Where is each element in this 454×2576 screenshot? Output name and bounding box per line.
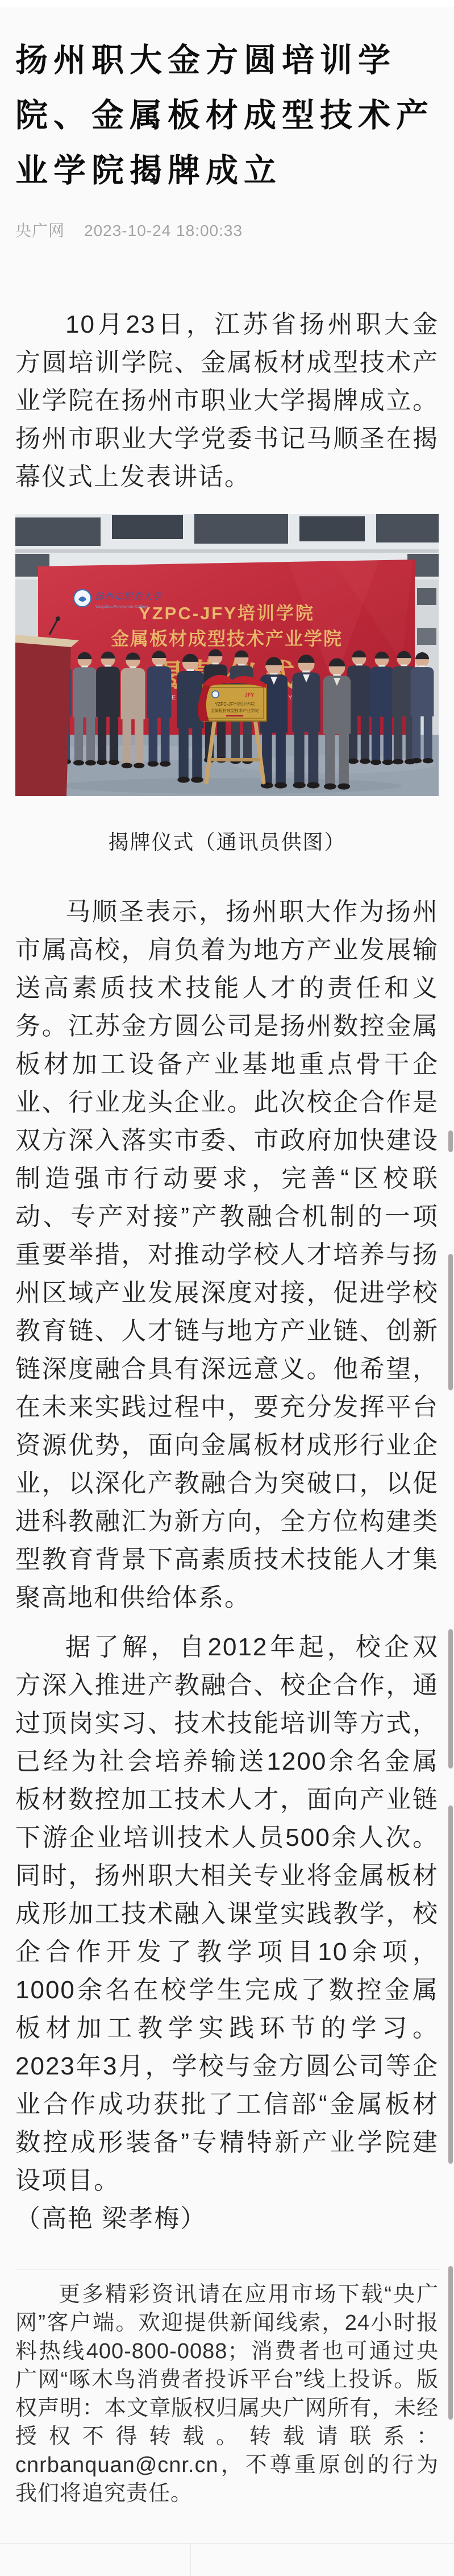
- photo-caption: 揭牌仪式（通讯员供图）: [15, 828, 439, 856]
- article-content: 扬州职大金方圆培训学院、金属板材成型技术产业学院揭牌成立 央广网 2023-10…: [0, 0, 454, 2508]
- article-meta: 央广网 2023-10-24 18:00:33: [15, 219, 439, 243]
- scrollbar-thumb[interactable]: [448, 2266, 453, 2420]
- plaque-line1: YZPC-JFY培训学院: [215, 701, 255, 707]
- news-article-page: { "page": { "bg": "#fafafa", "scrollbar_…: [0, 0, 454, 2576]
- scrollbar-thumb[interactable]: [448, 1254, 453, 1390]
- scrollbar-thumb[interactable]: [448, 1629, 453, 1769]
- bottom-bar-divider: [190, 2544, 191, 2576]
- page-title: 扬州职大金方圆培训学院、金属板材成型技术产业学院揭牌成立: [15, 33, 439, 198]
- article-paragraph: （高艳 梁孝梅）: [15, 2200, 439, 2238]
- article-photo-image: 扬州市职业大学 Yangzhou Polytechnic College YZP…: [15, 514, 439, 796]
- scrollbar-thumb[interactable]: [448, 1805, 453, 2164]
- article-photo[interactable]: 扬州市职业大学 Yangzhou Polytechnic College YZP…: [15, 514, 439, 796]
- article-paragraph: 据了解，自2012年起，校企双方深入推进产教融合、校企合作，通过顶岗实习、技术技…: [15, 1628, 439, 2200]
- article-publish-time: 2023-10-24 18:00:33: [84, 219, 243, 243]
- plaque-line2: 金属板材成型技术产业学院: [211, 708, 259, 713]
- scrollbar-thumb[interactable]: [448, 1130, 453, 1152]
- article-figure: 扬州市职业大学 Yangzhou Polytechnic College YZP…: [15, 514, 439, 856]
- article-paragraphs: 马顺圣表示，扬州职大作为扬州市属高校，肩负着为地方产业发展输送高素质技术技能人才…: [15, 893, 439, 2238]
- photo-banner-line1: YZPC-JFY培训学院: [139, 603, 315, 623]
- footer-divider: [15, 2269, 439, 2270]
- photo-banner-line2: 金属板材成型技术产业学院: [111, 628, 343, 649]
- article-paragraph: 马顺圣表示，扬州职大作为扬州市属高校，肩负着为地方产业发展输送高素质技术技能人才…: [15, 893, 439, 1617]
- article-lead-paragraph: 10月23日，江苏省扬州职大金方圆培训学院、金属板材成型技术产业学院在扬州市职业…: [15, 305, 439, 496]
- status-bar-strip: [0, 0, 454, 7]
- footer-copyright-notice: 更多精彩资讯请在应用市场下载“央广网”客户端。欢迎提供新闻线索，24小时报料热线…: [15, 2280, 439, 2508]
- bottom-action-bar: [0, 2543, 454, 2576]
- article-source[interactable]: 央广网: [15, 219, 65, 243]
- plaque-jfy-logo: JFY: [245, 692, 255, 698]
- photo-logo-text: 扬州市职业大学: [95, 592, 163, 602]
